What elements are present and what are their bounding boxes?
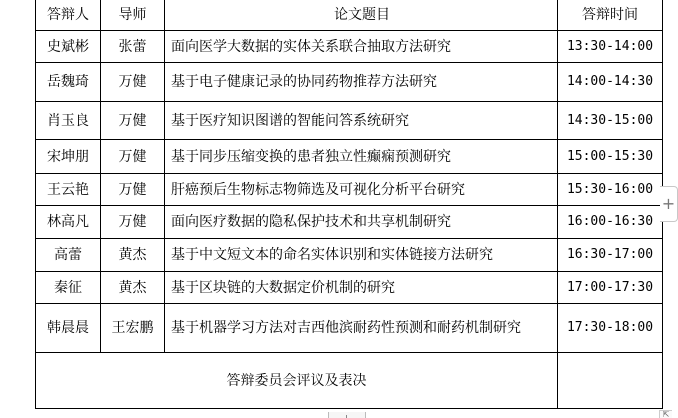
- table-row: 宋坤朋 万健 基于同步压缩变换的患者独立性癫痫预测研究 15:00-15:30: [36, 140, 663, 174]
- table-row: 韩晨晨 王宏鹏 基于机器学习方法对吉西他滨耐药性预测和耐药机制研究 17:30-…: [36, 304, 663, 353]
- advisor-cell[interactable]: 万健: [101, 174, 165, 206]
- defender-cell[interactable]: 王云艳: [36, 174, 101, 206]
- title-cell[interactable]: 基于电子健康记录的协同药物推荐方法研究: [165, 63, 558, 102]
- time-cell[interactable]: 15:30-16:00: [558, 174, 663, 206]
- table-header-row: 答辩人 导师 论文题目 答辩时间: [36, 0, 663, 31]
- title-cell[interactable]: 基于医疗知识图谱的智能问答系统研究: [165, 102, 558, 140]
- title-cell[interactable]: 基于机器学习方法对吉西他滨耐药性预测和耐药机制研究: [165, 304, 558, 353]
- defender-cell[interactable]: 岳魏琦: [36, 63, 101, 102]
- advisor-cell[interactable]: 万健: [101, 140, 165, 174]
- advisor-cell[interactable]: 万健: [101, 63, 165, 102]
- table-row: 高蕾 黄杰 基于中文短文本的命名实体识别和实体链接方法研究 16:30-17:0…: [36, 239, 663, 272]
- plus-icon: +: [662, 194, 675, 213]
- committee-vote-label[interactable]: 答辩委员会评议及表决: [36, 353, 558, 409]
- defender-cell[interactable]: 肖玉良: [36, 102, 101, 140]
- title-cell[interactable]: 基于同步压缩变换的患者独立性癫痫预测研究: [165, 140, 558, 174]
- committee-vote-row: 答辩委员会评议及表决: [36, 353, 663, 409]
- table-row: 岳魏琦 万健 基于电子健康记录的协同药物推荐方法研究 14:00-14:30: [36, 63, 663, 102]
- defender-cell[interactable]: 韩晨晨: [36, 304, 101, 353]
- advisor-cell[interactable]: 万健: [101, 102, 165, 140]
- table-resize-handle[interactable]: ⇱: [659, 410, 672, 418]
- time-cell[interactable]: 17:00-17:30: [558, 272, 663, 304]
- add-column-button[interactable]: +: [660, 186, 678, 222]
- title-cell[interactable]: 面向医疗数据的隐私保护技术和共享机制研究: [165, 206, 558, 239]
- header-time[interactable]: 答辩时间: [558, 0, 663, 31]
- time-cell[interactable]: 14:00-14:30: [558, 63, 663, 102]
- advisor-cell[interactable]: 黄杰: [101, 239, 165, 272]
- advisor-cell[interactable]: 王宏鹏: [101, 304, 165, 353]
- committee-vote-time-cell[interactable]: [558, 353, 663, 409]
- defender-cell[interactable]: 秦征: [36, 272, 101, 304]
- table-row: 秦征 黄杰 基于区块链的大数据定价机制的研究 17:00-17:30: [36, 272, 663, 304]
- defender-cell[interactable]: 高蕾: [36, 239, 101, 272]
- table-row: 王云艳 万健 肝癌预后生物标志物筛选及可视化分析平台研究 15:30-16:00: [36, 174, 663, 206]
- title-cell[interactable]: 基于中文短文本的命名实体识别和实体链接方法研究: [165, 239, 558, 272]
- defender-cell[interactable]: 宋坤朋: [36, 140, 101, 174]
- time-cell[interactable]: 16:30-17:00: [558, 239, 663, 272]
- advisor-cell[interactable]: 黄杰: [101, 272, 165, 304]
- header-title[interactable]: 论文题目: [165, 0, 558, 31]
- table-row: 林高凡 万健 面向医疗数据的隐私保护技术和共享机制研究 16:00-16:30: [36, 206, 663, 239]
- time-cell[interactable]: 14:30-15:00: [558, 102, 663, 140]
- time-cell[interactable]: 17:30-18:00: [558, 304, 663, 353]
- time-cell[interactable]: 13:30-14:00: [558, 31, 663, 63]
- title-cell[interactable]: 肝癌预后生物标志物筛选及可视化分析平台研究: [165, 174, 558, 206]
- title-cell[interactable]: 面向医学大数据的实体关系联合抽取方法研究: [165, 31, 558, 63]
- defender-cell[interactable]: 史斌彬: [36, 31, 101, 63]
- add-row-handle[interactable]: [328, 412, 366, 418]
- advisor-cell[interactable]: 万健: [101, 206, 165, 239]
- title-cell[interactable]: 基于区块链的大数据定价机制的研究: [165, 272, 558, 304]
- header-defender[interactable]: 答辩人: [36, 0, 101, 31]
- defender-cell[interactable]: 林高凡: [36, 206, 101, 239]
- resize-icon: ⇱: [663, 410, 670, 418]
- time-cell[interactable]: 16:00-16:30: [558, 206, 663, 239]
- defense-schedule-table: 答辩人 导师 论文题目 答辩时间 史斌彬 张蕾 面向医学大数据的实体关系联合抽取…: [35, 0, 663, 409]
- table-row: 肖玉良 万健 基于医疗知识图谱的智能问答系统研究 14:30-15:00: [36, 102, 663, 140]
- table-row: 史斌彬 张蕾 面向医学大数据的实体关系联合抽取方法研究 13:30-14:00: [36, 31, 663, 63]
- time-cell[interactable]: 15:00-15:30: [558, 140, 663, 174]
- advisor-cell[interactable]: 张蕾: [101, 31, 165, 63]
- header-advisor[interactable]: 导师: [101, 0, 165, 31]
